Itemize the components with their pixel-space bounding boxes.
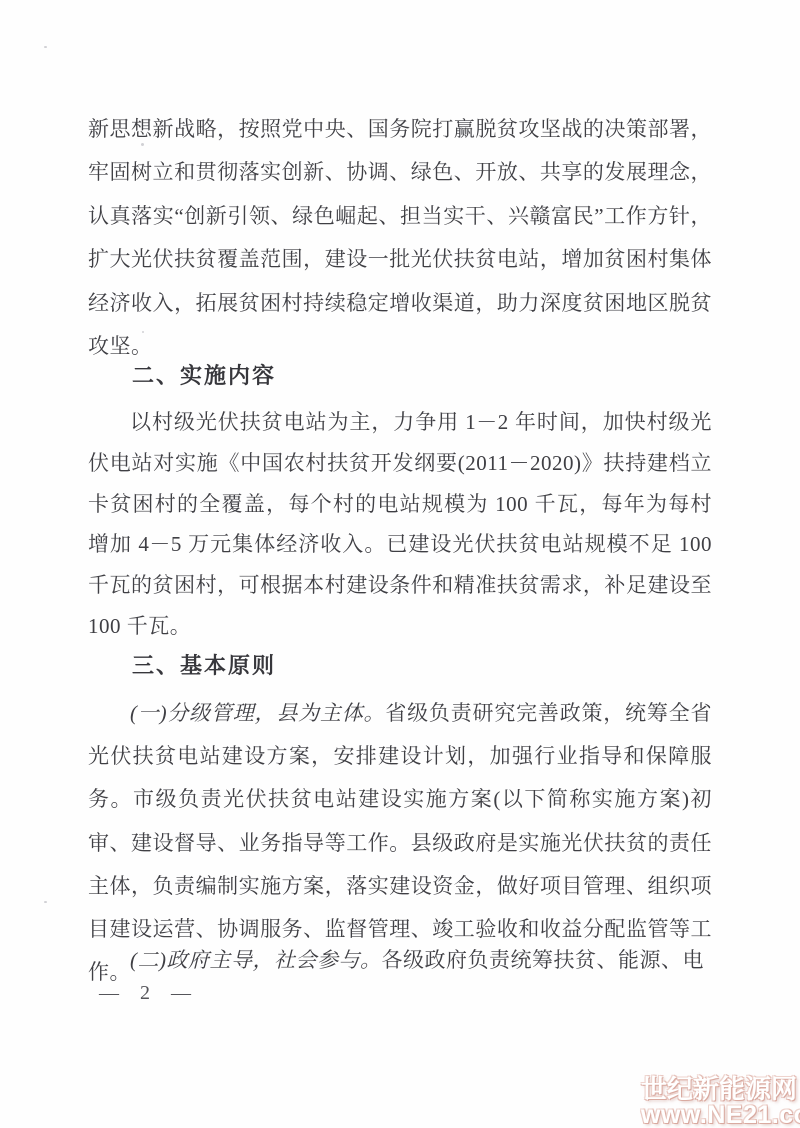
scan-speck — [44, 46, 47, 48]
watermark-site-url: www.NE21.com — [641, 1103, 800, 1128]
scanned-document-page: 新思想新战略，按照党中央、国务院打赢脱贫攻坚战的决策部署，牢固树立和贯彻落实创新… — [0, 0, 800, 1128]
paragraph-principle-2: (二)政府主导，社会参与。各级政府负责统筹扶贫、能源、电 — [88, 939, 712, 982]
scan-speck — [141, 143, 144, 146]
principle-2-body-text: 各级政府负责统筹扶贫、能源、电 — [382, 948, 705, 972]
watermark-site-name: 世纪新能源网 — [641, 1076, 800, 1102]
scan-speck — [142, 331, 144, 333]
page-number: — 2 — — [99, 982, 197, 1005]
paragraph-implementation: 以村级光伏扶贫电站为主，力争用 1－2 年时间，加快村级光伏电站对实施《中国农村… — [88, 402, 712, 647]
section-heading-implementation: 二、实施内容 — [88, 360, 712, 392]
site-watermark: 世纪新能源网 www.NE21.com — [641, 1076, 800, 1128]
scan-speck — [44, 901, 47, 903]
principle-1-lead-phrase: (一)分级管理，县为主体。 — [130, 701, 385, 725]
section-heading-basic-principles: 三、基本原则 — [88, 650, 712, 682]
paragraph-intro-continuation: 新思想新战略，按照党中央、国务院打赢脱贫攻坚战的决策部署，牢固树立和贯彻落实创新… — [88, 108, 712, 368]
principle-2-lead-phrase: (二)政府主导，社会参与。 — [130, 948, 382, 972]
